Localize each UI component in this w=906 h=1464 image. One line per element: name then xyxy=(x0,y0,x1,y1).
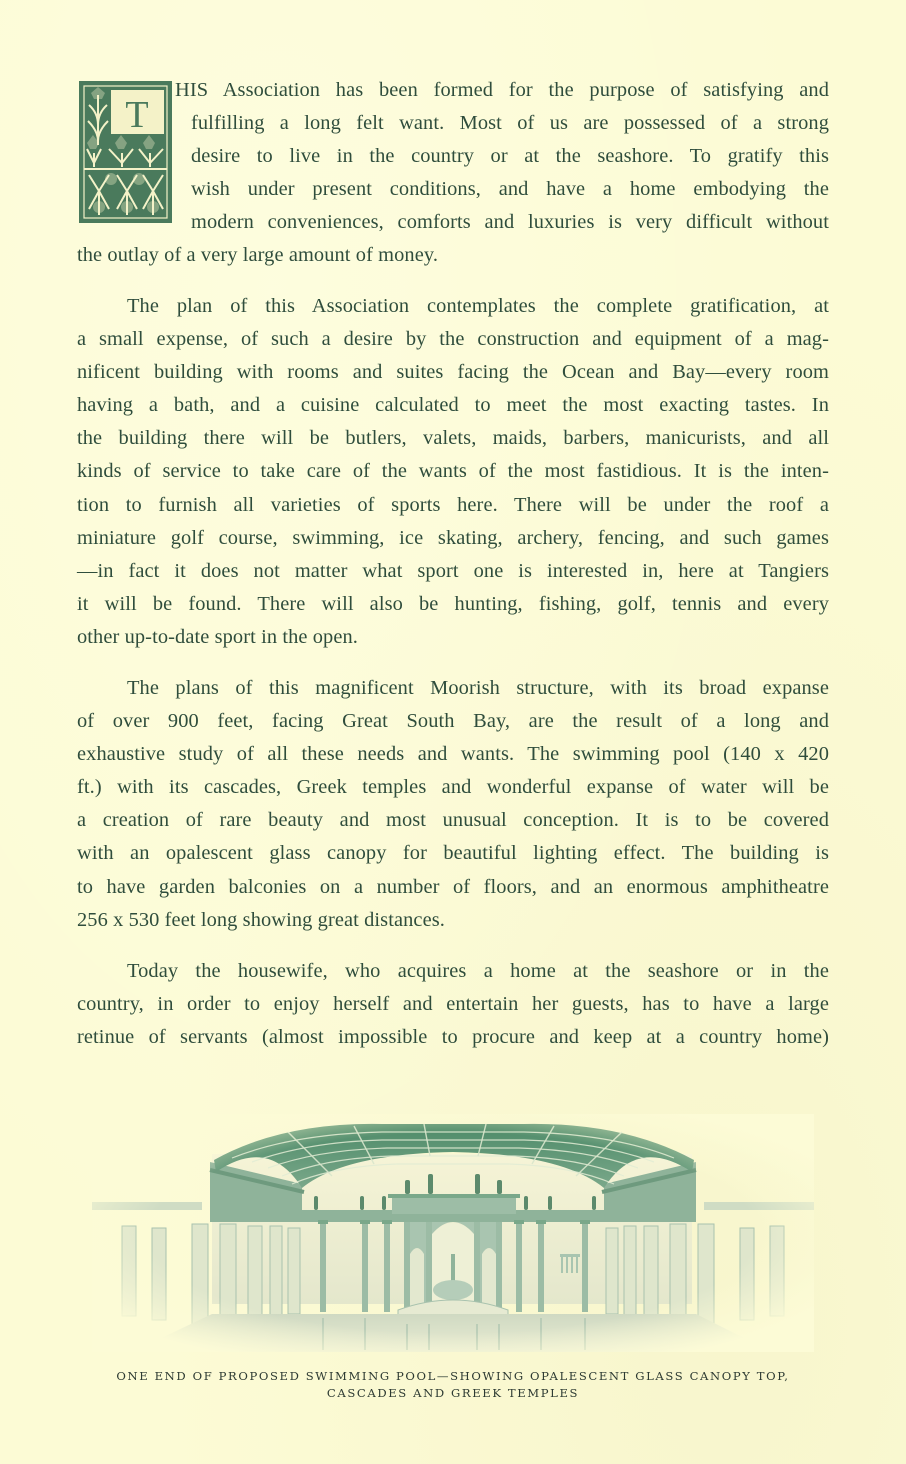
caption-line-1: ONE END OF PROPOSED SWIMMING POOL—SHOWIN… xyxy=(60,1368,846,1385)
pool-canopy-image xyxy=(92,1114,814,1352)
text-line: of over 900 feet, facing Great South Bay… xyxy=(77,705,829,738)
text-line: wish under present conditions, and have … xyxy=(77,173,829,206)
text-line: The plan of this Association contemplate… xyxy=(77,290,829,323)
text-line: Today the housewife, who acquires a home… xyxy=(77,955,829,988)
text-line: kinds of service to take care of the wan… xyxy=(77,455,829,488)
text-line: 256 x 530 feet long showing great distan… xyxy=(77,904,829,937)
paragraph-plan: The plan of this Association contemplate… xyxy=(77,290,829,654)
text-line: modern conveniences, comforts and luxuri… xyxy=(77,206,829,239)
paragraph-intro: HIS Association has been formed for the … xyxy=(77,74,829,273)
caption-line-2: CASCADES AND GREEK TEMPLES xyxy=(60,1385,846,1402)
text-line: tion to furnish all varieties of sports … xyxy=(77,489,829,522)
text-line: ft.) with its cascades, Greek temples an… xyxy=(77,771,829,804)
text-line: to have garden balconies on a number of … xyxy=(77,871,829,904)
text-line: the outlay of a very large amount of mon… xyxy=(77,239,829,272)
text-line: other up-to-date sport in the open. xyxy=(77,621,829,654)
text-line: —in fact it does not matter what sport o… xyxy=(77,555,829,588)
text-line: having a bath, and a cuisine calculated … xyxy=(77,389,829,422)
text-line: retinue of servants (almost impossible t… xyxy=(77,1021,829,1054)
text-line: The plans of this magnificent Moorish st… xyxy=(77,672,829,705)
illustration-caption: ONE END OF PROPOSED SWIMMING POOL—SHOWIN… xyxy=(60,1368,846,1402)
text-line: fulfilling a long felt want. Most of us … xyxy=(77,107,829,140)
document-page: T xyxy=(0,0,906,1464)
text-line: a small expense, of such a desire by the… xyxy=(77,323,829,356)
text-line: HIS Association has been formed for the … xyxy=(77,74,829,107)
swimming-pool-illustration xyxy=(92,1114,814,1352)
text-line: exhaustive study of all these needs and … xyxy=(77,738,829,771)
text-line: country, in order to enjoy herself and e… xyxy=(77,988,829,1021)
paragraph-housewife: Today the housewife, who acquires a home… xyxy=(77,955,829,1054)
text-line: with an opalescent glass canopy for beau… xyxy=(77,837,829,870)
paragraph-structure: The plans of this magnificent Moorish st… xyxy=(77,672,829,937)
text-line: desire to live in the country or at the … xyxy=(77,140,829,173)
text-line: it will be found. There will also be hun… xyxy=(77,588,829,621)
text-line: the building there will be butlers, vale… xyxy=(77,422,829,455)
text-line: a creation of rare beauty and most unusu… xyxy=(77,804,829,837)
text-line: nificent building with rooms and suites … xyxy=(77,356,829,389)
text-line: miniature golf course, swimming, ice ska… xyxy=(77,522,829,555)
